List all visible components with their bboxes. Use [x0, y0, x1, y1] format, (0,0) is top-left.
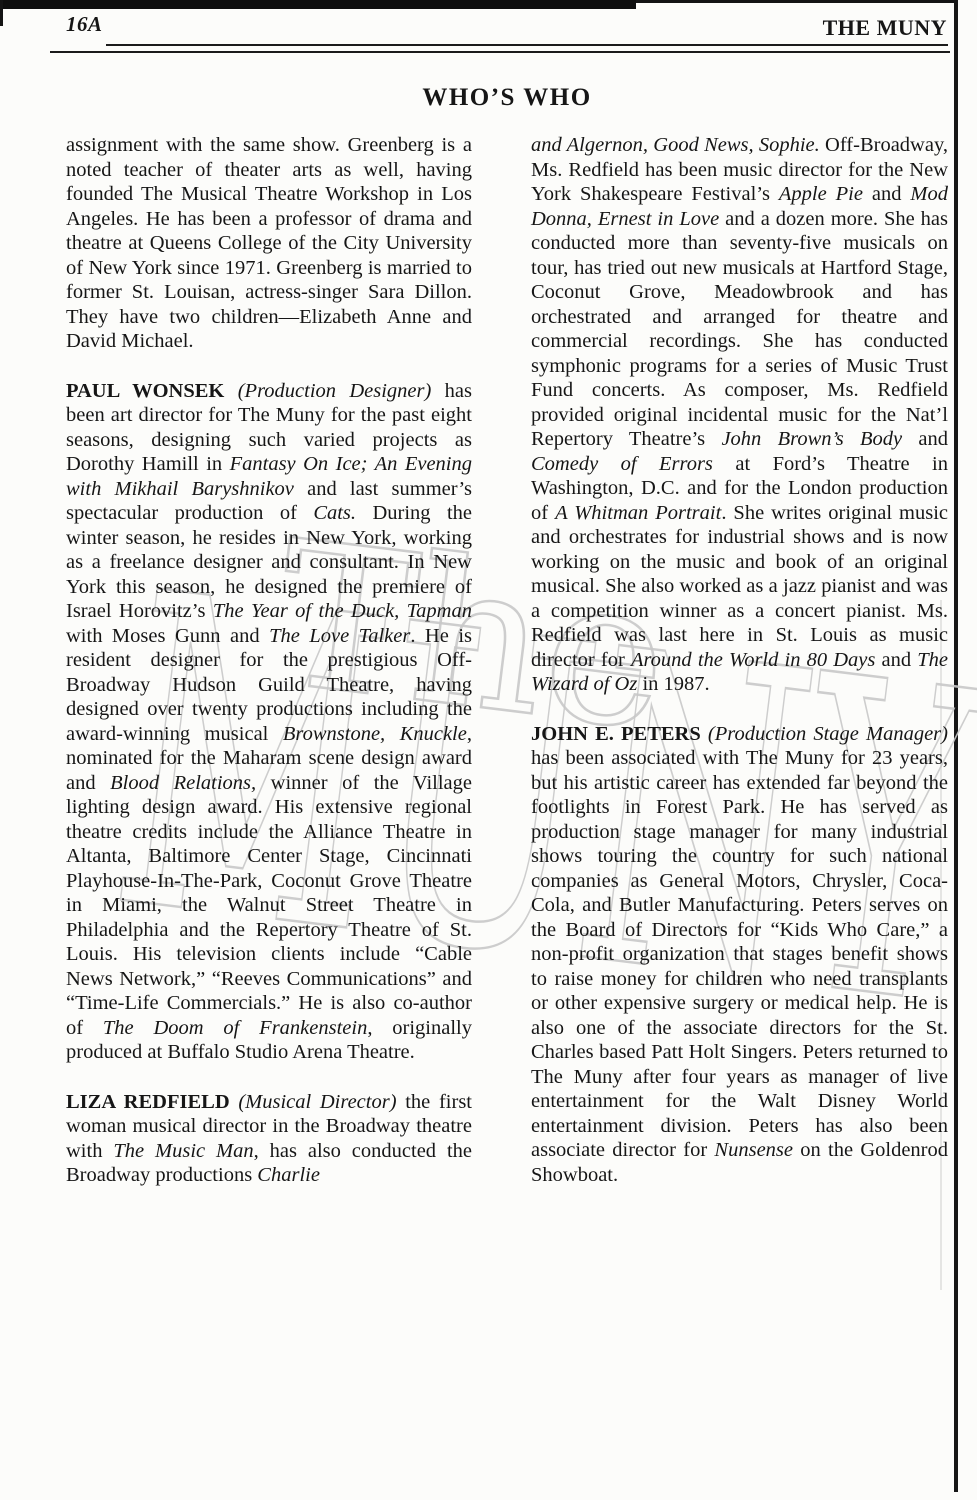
- page-number: 16A: [66, 12, 103, 37]
- text-run: Brownstone, Knuckle: [283, 723, 467, 745]
- text-run: winner of the Village lighting design aw…: [66, 772, 472, 1039]
- bio-paragraph: PAUL WONSEK (Production Designer) has be…: [66, 379, 472, 1065]
- text-run: . She writes original music and orchestr…: [531, 502, 948, 671]
- text-run: (Musical Director): [238, 1091, 405, 1113]
- text-run: The Music Man: [113, 1140, 253, 1162]
- program-page: The MUNY 16A THE MUNY WHO’S WHO assignme…: [0, 0, 977, 1500]
- section-title: WHO’S WHO: [66, 84, 948, 112]
- text-run: and Algernon, Good News, Sophie.: [531, 134, 820, 156]
- text-run: with Moses Gunn and: [66, 625, 269, 647]
- text-run: The Doom of Frankenstein: [103, 1017, 367, 1039]
- publication-title: THE MUNY: [823, 15, 947, 41]
- scan-border-left: [0, 0, 3, 26]
- text-run: The Year of the Duck, Tapman: [213, 600, 472, 622]
- column-left: assignment with the same show. Greenberg…: [66, 133, 472, 1188]
- text-run: John Brown’s Body: [721, 428, 918, 450]
- text-run: Nunsense: [714, 1139, 793, 1161]
- bio-paragraph: JOHN E. PETERS (Production Stage Manager…: [531, 722, 948, 1188]
- scan-border-top: [0, 0, 636, 9]
- text-run: and a dozen more. She has conducted more…: [531, 208, 948, 451]
- text-run: Charlie: [257, 1164, 320, 1186]
- text-run: The Love Talker: [269, 625, 410, 647]
- text-run: assignment with the same show. Greenberg…: [66, 134, 472, 352]
- text-run: PAUL WONSEK: [66, 380, 238, 402]
- scan-border-right: [954, 0, 958, 1492]
- text-run: Comedy of Errors: [531, 453, 735, 475]
- text-run: and: [882, 649, 918, 671]
- bio-paragraph: assignment with the same show. Greenberg…: [66, 133, 472, 354]
- header-rule-top: [106, 44, 948, 46]
- bio-paragraph: LIZA REDFIELD (Musical Director) the fir…: [66, 1090, 472, 1188]
- header-rule-bottom: [50, 51, 950, 53]
- text-run: (Production Stage Manager): [708, 723, 948, 745]
- text-run: has been associated with The Muny for 23…: [531, 747, 948, 1161]
- text-run: Cats.: [313, 502, 356, 524]
- text-run: and: [918, 428, 948, 450]
- text-run: Around the World in 80 Days: [631, 649, 882, 671]
- text-run: Apple Pie: [779, 183, 872, 205]
- scan-border-top-thin: [636, 0, 958, 3]
- text-run: Blood Relations,: [110, 772, 256, 794]
- text-run: and: [872, 183, 911, 205]
- text-run: in 1987.: [642, 673, 709, 695]
- text-run: (Production Designer): [238, 380, 445, 402]
- column-right: and Algernon, Good News, Sophie. Off-Bro…: [531, 133, 948, 1188]
- bio-columns: assignment with the same show. Greenberg…: [66, 133, 948, 1188]
- bio-paragraph: and Algernon, Good News, Sophie. Off-Bro…: [531, 133, 948, 697]
- text-run: JOHN E. PETERS: [531, 723, 708, 745]
- text-run: LIZA REDFIELD: [66, 1091, 238, 1113]
- text-run: A Whitman Portrait: [555, 502, 721, 524]
